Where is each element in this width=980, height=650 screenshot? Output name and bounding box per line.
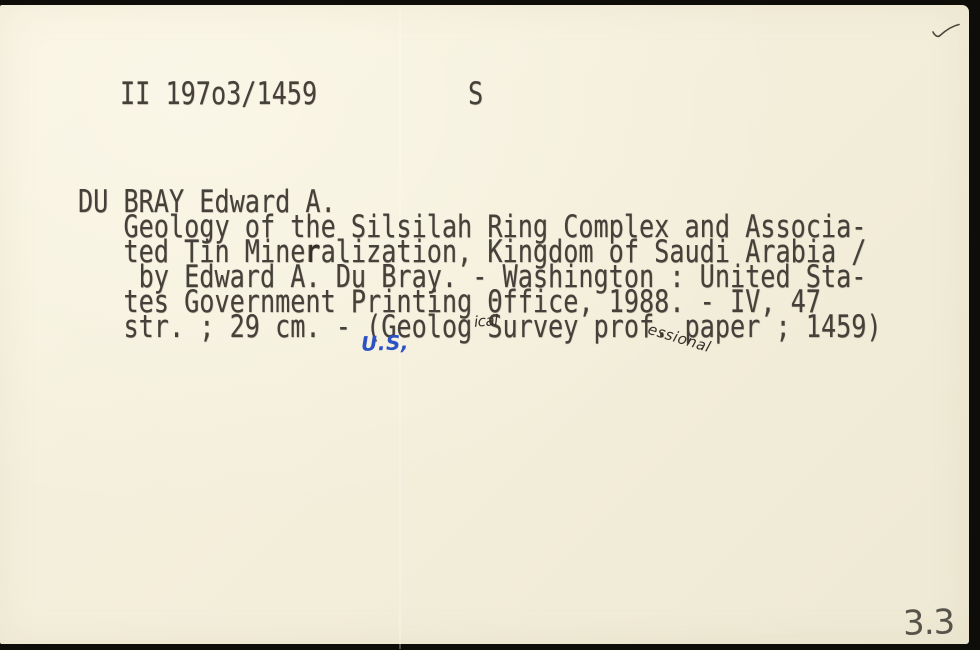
handwritten-insertion-ical: ical xyxy=(473,311,498,331)
pencil-checkmark-icon xyxy=(932,23,960,39)
handwritten-insertion-us: U.S, xyxy=(361,330,410,356)
typewriter-overstrike: r xyxy=(305,240,320,265)
filing-letter: S xyxy=(468,82,483,107)
catalog-card-scan: II 197o3/1459 S DU BRAY Edward A. Geolog… xyxy=(0,0,980,650)
pencil-number: 3.3 xyxy=(902,602,954,644)
shelfmark-number: II 197o3/1459 xyxy=(120,82,317,107)
